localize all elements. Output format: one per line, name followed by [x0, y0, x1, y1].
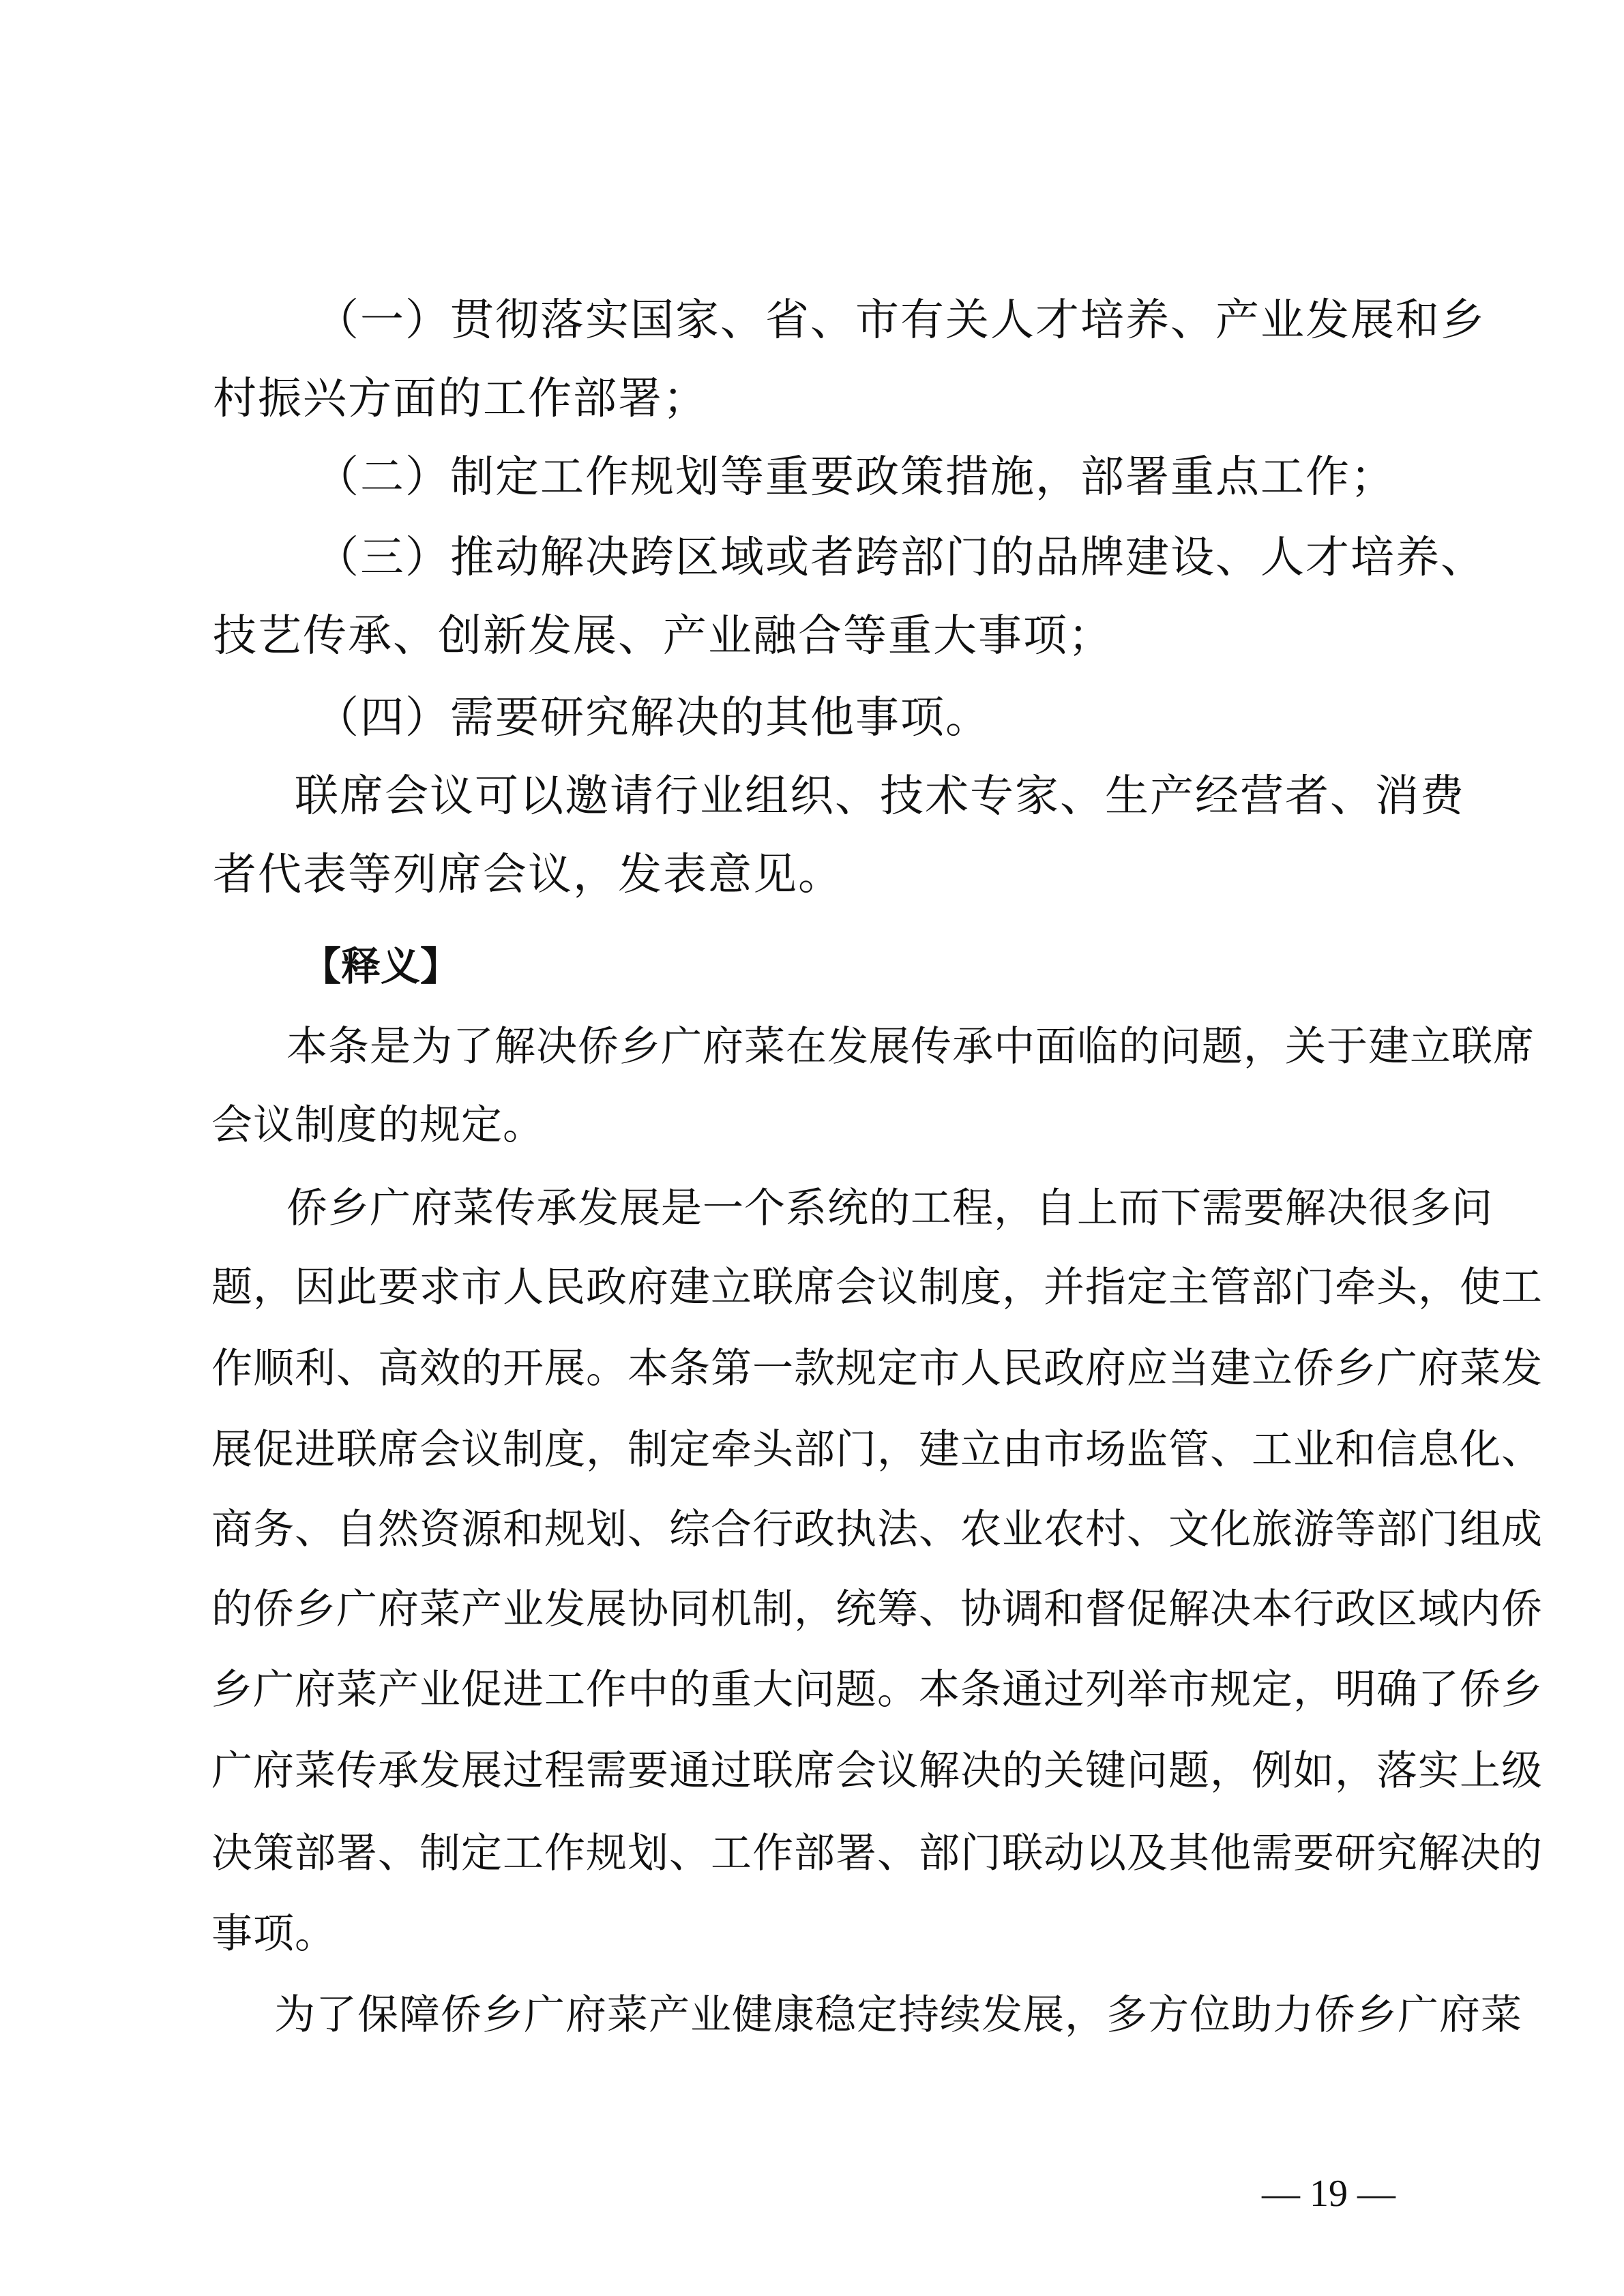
clause-3-line-2: 技艺传承、创新发展、产业融合等重大事项；	[213, 614, 1113, 658]
interp-p2-line-9: 决策部署、制定工作规划、工作部署、部门联动以及其他需要研究解决的	[211, 1833, 1543, 1874]
interpretation-heading: 【释义】	[301, 946, 460, 986]
interp-p2-line-6: 的侨乡广府菜产业发展协同机制，统筹、协调和督促解决本行政区域内侨	[211, 1589, 1543, 1630]
document-page: （一）贯彻落实国家、省、市有关人才培养、产业发展和乡 村振兴方面的工作部署； （…	[0, 0, 1624, 2296]
clause-2-line-1: （二）制定工作规划等重要政策措施，部署重点工作；	[315, 456, 1396, 499]
clause-3-line-1: （三）推动解决跨区域或者跨部门的品牌建设、人才培养、	[315, 536, 1486, 580]
interp-p2-line-5: 商务、自然资源和规划、综合行政执法、农业农村、文化旅游等部门组成	[211, 1509, 1543, 1550]
interp-p2-line-2: 题，因此要求市人民政府建立联席会议制度，并指定主管部门牵头，使工	[211, 1267, 1543, 1308]
interp-p1-line-1: 本条是为了解决侨乡广府菜在发展传承中面临的问题，关于建立联席	[286, 1026, 1535, 1067]
interp-p2-line-8: 广府菜传承发展过程需要通过联席会议解决的关键问题，例如，落实上级	[211, 1750, 1543, 1791]
clause-1-line-1: （一）贯彻落实国家、省、市有关人才培养、产业发展和乡	[315, 299, 1486, 342]
interp-p1-line-2: 会议制度的规定。	[211, 1105, 544, 1146]
interp-p3-line-1: 为了保障侨乡广府菜产业健康稳定持续发展，多方位助力侨乡广府菜	[274, 1995, 1522, 2036]
page-number: — 19 —	[1262, 2172, 1396, 2216]
clause-1-line-2: 村振兴方面的工作部署；	[213, 377, 708, 421]
interp-p2-line-1: 侨乡广府菜传承发展是一个系统的工程，自上而下需要解决很多问	[286, 1188, 1493, 1229]
invite-paragraph-line-2: 者代表等列席会议，发表意见。	[213, 853, 843, 897]
interp-p2-line-7: 乡广府菜产业促进工作中的重大问题。本条通过列举市规定，明确了侨乡	[211, 1669, 1543, 1710]
interp-p2-line-10: 事项。	[211, 1913, 336, 1954]
invite-paragraph-line-1: 联席会议可以邀请行业组织、技术专家、生产经营者、消费	[295, 775, 1465, 818]
interp-p2-line-4: 展促进联席会议制度，制定牵头部门，建立由市场监管、工业和信息化、	[211, 1429, 1543, 1470]
interp-p2-line-3: 作顺利、高效的开展。本条第一款规定市人民政府应当建立侨乡广府菜发	[211, 1348, 1543, 1389]
clause-4-line-1: （四）需要研究解决的其他事项。	[315, 696, 990, 740]
